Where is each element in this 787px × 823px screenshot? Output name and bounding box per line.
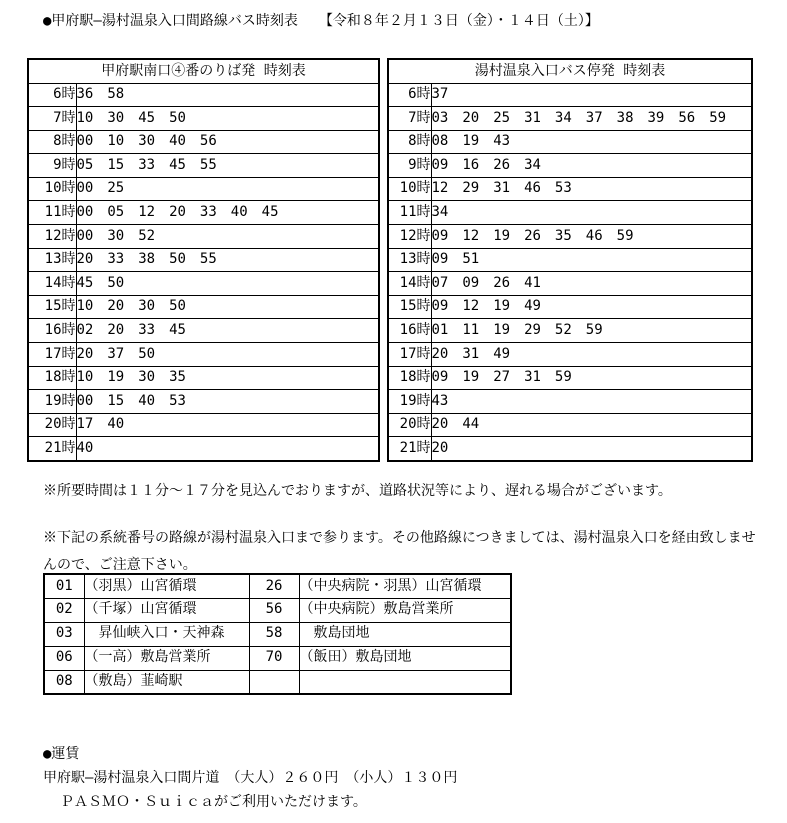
timetable-row: 6時36 58	[28, 83, 379, 107]
kofu-timetable-body: 6時36 587時10 30 45 508時00 10 30 40 569時05…	[28, 83, 379, 461]
departure-times: 00 10 30 40 56	[76, 130, 379, 154]
route-name: （敷島）韮崎駅	[84, 670, 249, 694]
timetable-title: 甲府駅南口④番のりば発 時刻表	[28, 59, 379, 83]
route-row: 03 昇仙峡入口・天神森58 敷島団地	[44, 622, 511, 646]
departure-times: 00 30 52	[76, 225, 379, 249]
hour-label: 7時	[388, 107, 431, 131]
timetable-header-row: 甲府駅南口④番のりば発 時刻表	[28, 59, 379, 83]
routes-table-body: 01（羽黒）山宮循環26（中央病院・羽黒）山宮循環02（千塚）山宮循環56（中央…	[44, 574, 511, 694]
hour-label: 18時	[388, 366, 431, 390]
departure-times: 20 37 50	[76, 343, 379, 367]
route-name: 昇仙峡入口・天神森	[84, 622, 249, 646]
hour-label: 19時	[28, 390, 76, 414]
route-number	[249, 670, 299, 694]
timetable-row: 18時10 19 30 35	[28, 366, 379, 390]
yumura-departure-timetable: 湯村温泉入口バス停発 時刻表 6時377時03 20 25 31 34 37 3…	[387, 58, 753, 462]
hour-label: 17時	[388, 343, 431, 367]
route-name	[299, 670, 511, 694]
route-number: 56	[249, 598, 299, 622]
route-name: 敷島団地	[299, 622, 511, 646]
route-number: 01	[44, 574, 84, 598]
route-number: 26	[249, 574, 299, 598]
timetable-row: 8時00 10 30 40 56	[28, 130, 379, 154]
departure-times: 00 25	[76, 177, 379, 201]
hour-label: 20時	[28, 413, 76, 437]
timetable-row: 17時20 31 49	[388, 343, 752, 367]
timetable-row: 16時01 11 19 29 52 59	[388, 319, 752, 343]
departure-times: 03 20 25 31 34 37 38 39 56 59	[431, 107, 752, 131]
hour-label: 6時	[388, 83, 431, 107]
route-name: （中央病院）敷島営業所	[299, 598, 511, 622]
timetable-row: 12時00 30 52	[28, 225, 379, 249]
route-row: 02（千塚）山宮循環56（中央病院）敷島営業所	[44, 598, 511, 622]
timetable-row: 7時10 30 45 50	[28, 107, 379, 131]
departure-times: 17 40	[76, 413, 379, 437]
timetable-row: 12時09 12 19 26 35 46 59	[388, 225, 752, 249]
route-number: 03	[44, 622, 84, 646]
hour-label: 12時	[388, 225, 431, 249]
departure-times: 37	[431, 83, 752, 107]
timetable-row: 15時09 12 19 49	[388, 295, 752, 319]
hour-label: 13時	[388, 248, 431, 272]
hour-label: 17時	[28, 343, 76, 367]
departure-times: 45 50	[76, 272, 379, 296]
departure-times: 43	[431, 390, 752, 414]
hour-label: 21時	[388, 437, 431, 461]
fare-amount-line: 甲府駅―湯村温泉入口間片道 （大人）２６０円 （小人）１３０円	[43, 770, 457, 788]
route-name: （一高）敷島営業所	[84, 646, 249, 670]
departure-times: 05 15 33 45 55	[76, 154, 379, 178]
route-row: 08（敷島）韮崎駅	[44, 670, 511, 694]
route-row: 06（一高）敷島営業所70（飯田）敷島団地	[44, 646, 511, 670]
departure-times: 09 51	[431, 248, 752, 272]
hour-label: 18時	[28, 366, 76, 390]
departure-times: 10 30 45 50	[76, 107, 379, 131]
departure-times: 00 15 40 53	[76, 390, 379, 414]
timetable-row: 14時07 09 26 41	[388, 272, 752, 296]
timetable-row: 21時40	[28, 437, 379, 461]
timetable-row: 19時43	[388, 390, 752, 414]
route-name: （中央病院・羽黒）山宮循環	[299, 574, 511, 598]
timetable-row: 11時34	[388, 201, 752, 225]
hour-label: 14時	[28, 272, 76, 296]
hour-label: 10時	[28, 177, 76, 201]
timetable-row: 11時00 05 12 20 33 40 45	[28, 201, 379, 225]
hour-label: 10時	[388, 177, 431, 201]
timetable-row: 13時09 51	[388, 248, 752, 272]
route-number: 58	[249, 622, 299, 646]
page-title: ●甲府駅―湯村温泉入口間路線バス時刻表 【令和８年２月１３日（金）・１４日（土）…	[43, 13, 599, 31]
hour-label: 16時	[388, 319, 431, 343]
departure-times: 09 12 19 26 35 46 59	[431, 225, 752, 249]
timetable-row: 10時00 25	[28, 177, 379, 201]
hour-label: 19時	[388, 390, 431, 414]
departure-times: 07 09 26 41	[431, 272, 752, 296]
route-name: （千塚）山宮循環	[84, 598, 249, 622]
hour-label: 11時	[28, 201, 76, 225]
departure-times: 20 33 38 50 55	[76, 248, 379, 272]
hour-label: 21時	[28, 437, 76, 461]
departure-times: 34	[431, 201, 752, 225]
timetable-header-row: 湯村温泉入口バス停発 時刻表	[388, 59, 752, 83]
departure-times: 20	[431, 437, 752, 461]
fare-heading: ●運賃	[43, 746, 79, 764]
note-route-numbers: ※下記の系統番号の路線が湯村温泉入口まで参ります。その他路線につきましては、湯村…	[43, 525, 759, 579]
timetable-row: 17時20 37 50	[28, 343, 379, 367]
timetable-row: 9時09 16 26 34	[388, 154, 752, 178]
note-travel-time: ※所要時間は１１分～１７分を見込んでおりますが、道路状況等により、遅れる場合がご…	[43, 483, 672, 501]
hour-label: 20時	[388, 413, 431, 437]
timetable-row: 13時20 33 38 50 55	[28, 248, 379, 272]
route-number: 06	[44, 646, 84, 670]
route-number: 70	[249, 646, 299, 670]
hour-label: 13時	[28, 248, 76, 272]
hour-label: 9時	[388, 154, 431, 178]
timetable-row: 7時03 20 25 31 34 37 38 39 56 59	[388, 107, 752, 131]
route-numbers-table: 01（羽黒）山宮循環26（中央病院・羽黒）山宮循環02（千塚）山宮循環56（中央…	[43, 573, 512, 695]
departure-times: 08 19 43	[431, 130, 752, 154]
timetable-row: 10時12 29 31 46 53	[388, 177, 752, 201]
timetable-row: 19時00 15 40 53	[28, 390, 379, 414]
fare-ic-card-note: ＰＡＳＭＯ・Ｓｕｉｃａがご利用いただけます。	[60, 794, 367, 812]
hour-label: 7時	[28, 107, 76, 131]
yumura-timetable-body: 6時377時03 20 25 31 34 37 38 39 56 598時08 …	[388, 83, 752, 461]
timetable-row: 14時45 50	[28, 272, 379, 296]
departure-times: 12 29 31 46 53	[431, 177, 752, 201]
departure-times: 09 19 27 31 59	[431, 366, 752, 390]
route-number: 02	[44, 598, 84, 622]
departure-times: 02 20 33 45	[76, 319, 379, 343]
timetable-row: 6時37	[388, 83, 752, 107]
departure-times: 09 12 19 49	[431, 295, 752, 319]
timetable-row: 16時02 20 33 45	[28, 319, 379, 343]
departure-times: 10 20 30 50	[76, 295, 379, 319]
departure-times: 01 11 19 29 52 59	[431, 319, 752, 343]
route-row: 01（羽黒）山宮循環26（中央病院・羽黒）山宮循環	[44, 574, 511, 598]
departure-times: 40	[76, 437, 379, 461]
hour-label: 11時	[388, 201, 431, 225]
timetable-row: 15時10 20 30 50	[28, 295, 379, 319]
hour-label: 12時	[28, 225, 76, 249]
timetable-row: 21時20	[388, 437, 752, 461]
hour-label: 8時	[28, 130, 76, 154]
route-name: （飯田）敷島団地	[299, 646, 511, 670]
timetable-row: 20時17 40	[28, 413, 379, 437]
hour-label: 6時	[28, 83, 76, 107]
hour-label: 16時	[28, 319, 76, 343]
hour-label: 9時	[28, 154, 76, 178]
kofu-departure-timetable: 甲府駅南口④番のりば発 時刻表 6時36 587時10 30 45 508時00…	[27, 58, 380, 462]
departure-times: 10 19 30 35	[76, 366, 379, 390]
route-name: （羽黒）山宮循環	[84, 574, 249, 598]
departure-times: 20 44	[431, 413, 752, 437]
timetable-title: 湯村温泉入口バス停発 時刻表	[388, 59, 752, 83]
hour-label: 15時	[28, 295, 76, 319]
timetable-row: 18時09 19 27 31 59	[388, 366, 752, 390]
departure-times: 00 05 12 20 33 40 45	[76, 201, 379, 225]
departure-times: 09 16 26 34	[431, 154, 752, 178]
hour-label: 8時	[388, 130, 431, 154]
timetable-row: 20時20 44	[388, 413, 752, 437]
hour-label: 14時	[388, 272, 431, 296]
route-number: 08	[44, 670, 84, 694]
departure-times: 20 31 49	[431, 343, 752, 367]
departure-times: 36 58	[76, 83, 379, 107]
timetable-row: 9時05 15 33 45 55	[28, 154, 379, 178]
hour-label: 15時	[388, 295, 431, 319]
timetable-row: 8時08 19 43	[388, 130, 752, 154]
